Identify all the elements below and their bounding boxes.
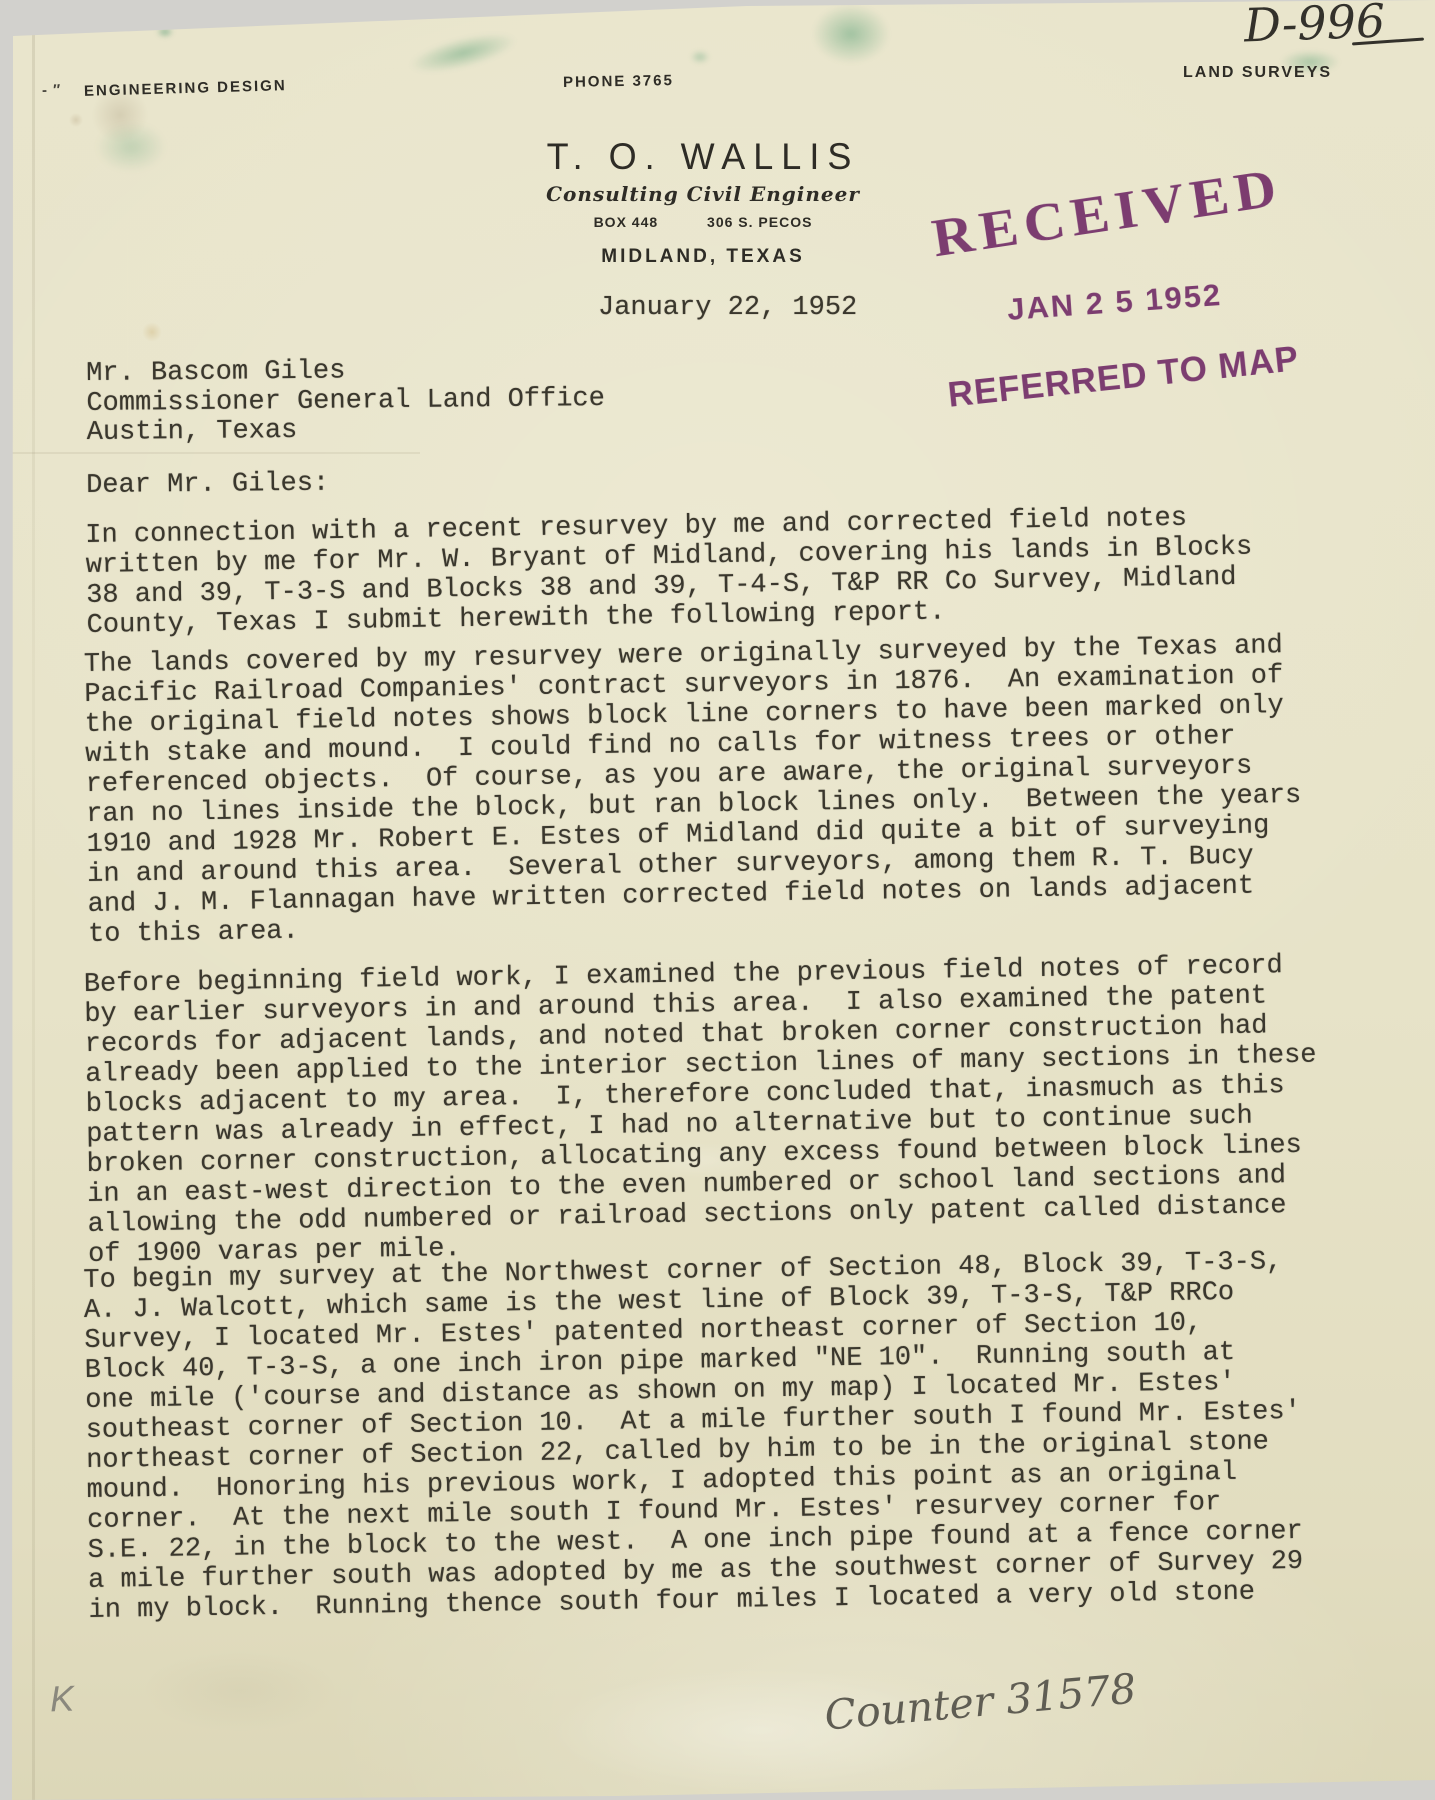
paper-sheet: D-996 ENGINEERING DESIGN PHONE 3765 LAND… xyxy=(0,0,1435,1800)
received-date-stamp: JAN 2 5 1952 xyxy=(1006,277,1223,328)
typed-line: Austin, Texas xyxy=(87,414,606,448)
firm-title: Consulting Civil Engineer xyxy=(423,182,983,206)
ink-smudge xyxy=(156,26,174,38)
paper-crease xyxy=(32,0,35,1800)
letterhead-engineering-design: ENGINEERING DESIGN xyxy=(84,77,287,100)
firm-box: BOX 448 xyxy=(594,214,659,230)
salutation: Dear Mr. Giles: xyxy=(86,469,329,501)
counter-number-handwritten: Counter 31578 xyxy=(823,1664,1139,1739)
paragraph-4: To begin my survey at the Northwest corn… xyxy=(83,1247,1304,1626)
letterhead-phone: PHONE 3765 xyxy=(563,72,674,91)
ink-smudge xyxy=(406,25,520,81)
paper-crease xyxy=(0,452,420,454)
letter-date: January 22, 1952 xyxy=(598,293,857,323)
ink-smudge xyxy=(812,4,890,64)
scanned-letter-page: D-996 ENGINEERING DESIGN PHONE 3765 LAND… xyxy=(0,0,1435,1800)
letterhead-center-block: T. O. WALLIS Consulting Civil Engineer B… xyxy=(423,136,983,268)
firm-address: BOX 448 306 S. PECOS xyxy=(423,214,983,230)
ink-smudge xyxy=(96,122,166,172)
firm-city: MIDLAND, TEXAS xyxy=(423,246,983,268)
paragraph-2: The lands covered by my resurvey were or… xyxy=(84,631,1304,950)
referred-to-map-stamp: REFERRED TO MAP xyxy=(946,339,1301,416)
letterhead-land-surveys: LAND SURVEYS xyxy=(1183,64,1332,82)
firm-street: 306 S. PECOS xyxy=(707,214,812,230)
paragraph-3: Before beginning field work, I examined … xyxy=(84,951,1320,1270)
firm-name: T. O. WALLIS xyxy=(423,136,983,179)
recipient-block: Mr. Bascom GilesCommissioner General Lan… xyxy=(86,355,605,448)
typed-line: Commissioner General Land Office xyxy=(86,385,605,419)
paragraph-1: In connection with a recent resurvey by … xyxy=(85,503,1253,641)
corner-mark-handwritten: K xyxy=(49,1678,74,1721)
ink-smudge xyxy=(690,50,710,64)
